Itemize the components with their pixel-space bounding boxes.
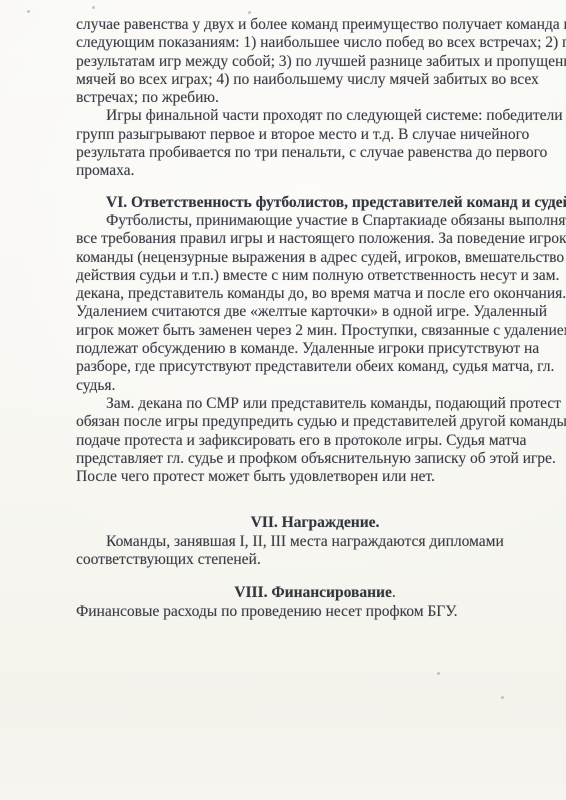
text-line: Футболисты, принимающие участие в Спарта… bbox=[76, 212, 554, 230]
text-line: все требования правил игры и настоящего … bbox=[76, 230, 554, 248]
section-heading: VII. Награждение. bbox=[76, 514, 554, 532]
section-heading-text: VIII. Финансирование bbox=[234, 584, 392, 601]
document-text: случае равенства у двух и более команд п… bbox=[76, 16, 554, 621]
text-line: мячей во всех играх; 4) по наибольшему ч… bbox=[76, 71, 554, 89]
scan-speck bbox=[437, 672, 440, 675]
section-heading: VI. Ответственность футболистов, предста… bbox=[76, 194, 554, 212]
section-heading-text: VII. Награждение. bbox=[251, 514, 380, 531]
text-line: промаха. bbox=[76, 162, 554, 180]
text-line: декана, представитель команды до, во вре… bbox=[76, 285, 554, 303]
text-line: случае равенства у двух и более команд п… bbox=[76, 16, 554, 34]
text-line: Финансовые расходы по проведению несет п… bbox=[76, 603, 554, 621]
text-line: подаче протеста и зафиксировать его в пр… bbox=[76, 432, 554, 450]
text-line: следующим показаниям: 1) наибольшее числ… bbox=[76, 34, 554, 52]
text-line: игрок может быть заменен через 2 мин. Пр… bbox=[76, 322, 554, 340]
document-page: случае равенства у двух и более команд п… bbox=[0, 0, 566, 800]
text-line: соответствующих степеней. bbox=[76, 551, 554, 569]
scan-speck bbox=[248, 11, 251, 14]
text-line: действия судьи и т.п.) вместе с ним полн… bbox=[76, 267, 554, 285]
section-heading-tail: . bbox=[392, 584, 396, 601]
text-line: групп разыгрывают первое и второе место … bbox=[76, 126, 554, 144]
text-line: результатам игр между собой; 3) по лучше… bbox=[76, 53, 554, 71]
section-heading-text: VI. Ответственность футболистов, предста… bbox=[106, 194, 566, 211]
text-line: результата пробивается по три пенальти, … bbox=[76, 144, 554, 162]
text-line: Команды, занявшая I, II, III места награ… bbox=[76, 533, 554, 551]
text-line: обязан после игры предупредить судью и п… bbox=[76, 413, 554, 431]
text-line: разборе, где присутствуют представители … bbox=[76, 358, 554, 376]
text-line: подлежат обсуждению в команде. Удаленные… bbox=[76, 340, 554, 358]
text-line: Игры финальной части проходят по следующ… bbox=[76, 107, 554, 125]
scan-speck bbox=[501, 696, 504, 699]
text-line: Удалением считаются две «желтые карточки… bbox=[76, 303, 554, 321]
text-line: После чего протест может быть удовлетвор… bbox=[76, 468, 554, 486]
scan-speck bbox=[27, 10, 30, 13]
text-line: представляет гл. судье и профком объясни… bbox=[76, 450, 554, 468]
section-heading: VIII. Финансирование. bbox=[76, 584, 554, 602]
text-line: Зам. декана по СМР или представитель ком… bbox=[76, 395, 554, 413]
text-line: команды (нецензурные выражения в адрес с… bbox=[76, 249, 554, 267]
scan-speck bbox=[92, 6, 95, 9]
text-line: судья. bbox=[76, 377, 554, 395]
text-line: встречах; по жребию. bbox=[76, 89, 554, 107]
